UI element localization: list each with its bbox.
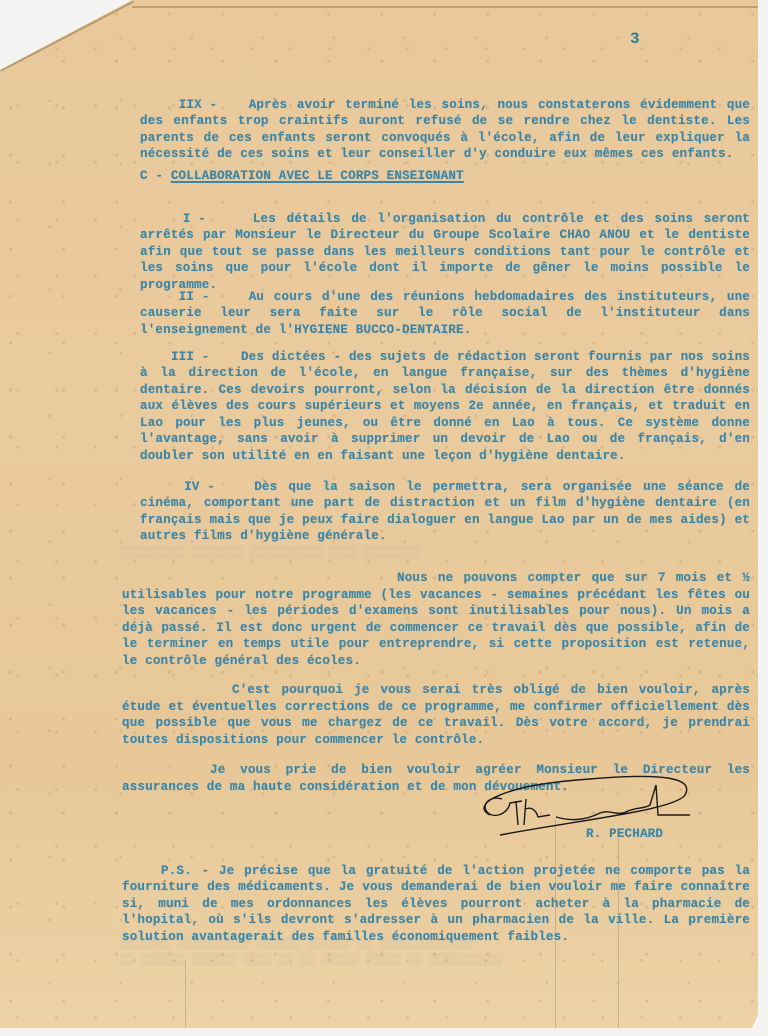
item-text: Des dictées - des sujets de rédaction se… [140,350,758,463]
paragraph-request: C'est pourquoi je vous serai très obligé… [122,682,750,748]
section-heading-c: C - COLLABORATION AVEC LE CORPS ENSEIGNA… [140,168,464,185]
item-number: III - [171,349,241,366]
section-title: COLLABORATION AVEC LE CORPS ENSEIGNANT [171,169,464,183]
fold-crease [185,960,186,1028]
letter-page: 3 IIX -Après avoir terminé les soins, no… [0,0,758,1028]
bleed-through-text: ▒▒▒▒▒▒▒▒▒ ▒▒▒▒▒▒▒ ▒▒▒▒▒▒▒▒▒▒ ▒▒▒▒ ▒▒▒▒▒▒… [120,545,740,561]
postscript-label: P.S. - [161,864,209,878]
paragraph-iix: IIX -Après avoir terminé les soins, nous… [140,80,750,179]
paragraph-timeline: Nous ne pouvons compter que sur 7 mois e… [122,570,750,669]
bleed-through-text: ▒▒▒▒▒▒▒ ▒▒▒▒▒▒▒▒▒▒ ▒▒▒▒▒▒ ▒▒▒▒▒▒ ▒▒ ▒▒▒▒… [120,936,740,968]
item-number: I - [183,211,253,228]
page-folded-corner [0,1,134,72]
signatory-name: R. PECHARD [586,826,663,843]
postscript-text: Je précise que la gratuité de l'action p… [122,864,758,944]
section-c-item-3: III -Des dictées - des sujets de rédacti… [140,332,750,481]
paragraph-number: IIX - [179,97,249,114]
section-letter: C - [140,169,163,183]
item-number: II - [179,289,249,306]
handwritten-signature [460,765,700,840]
page-top-edge [132,6,758,8]
page-number: 3 [630,30,640,48]
item-number: IV - [184,479,254,496]
